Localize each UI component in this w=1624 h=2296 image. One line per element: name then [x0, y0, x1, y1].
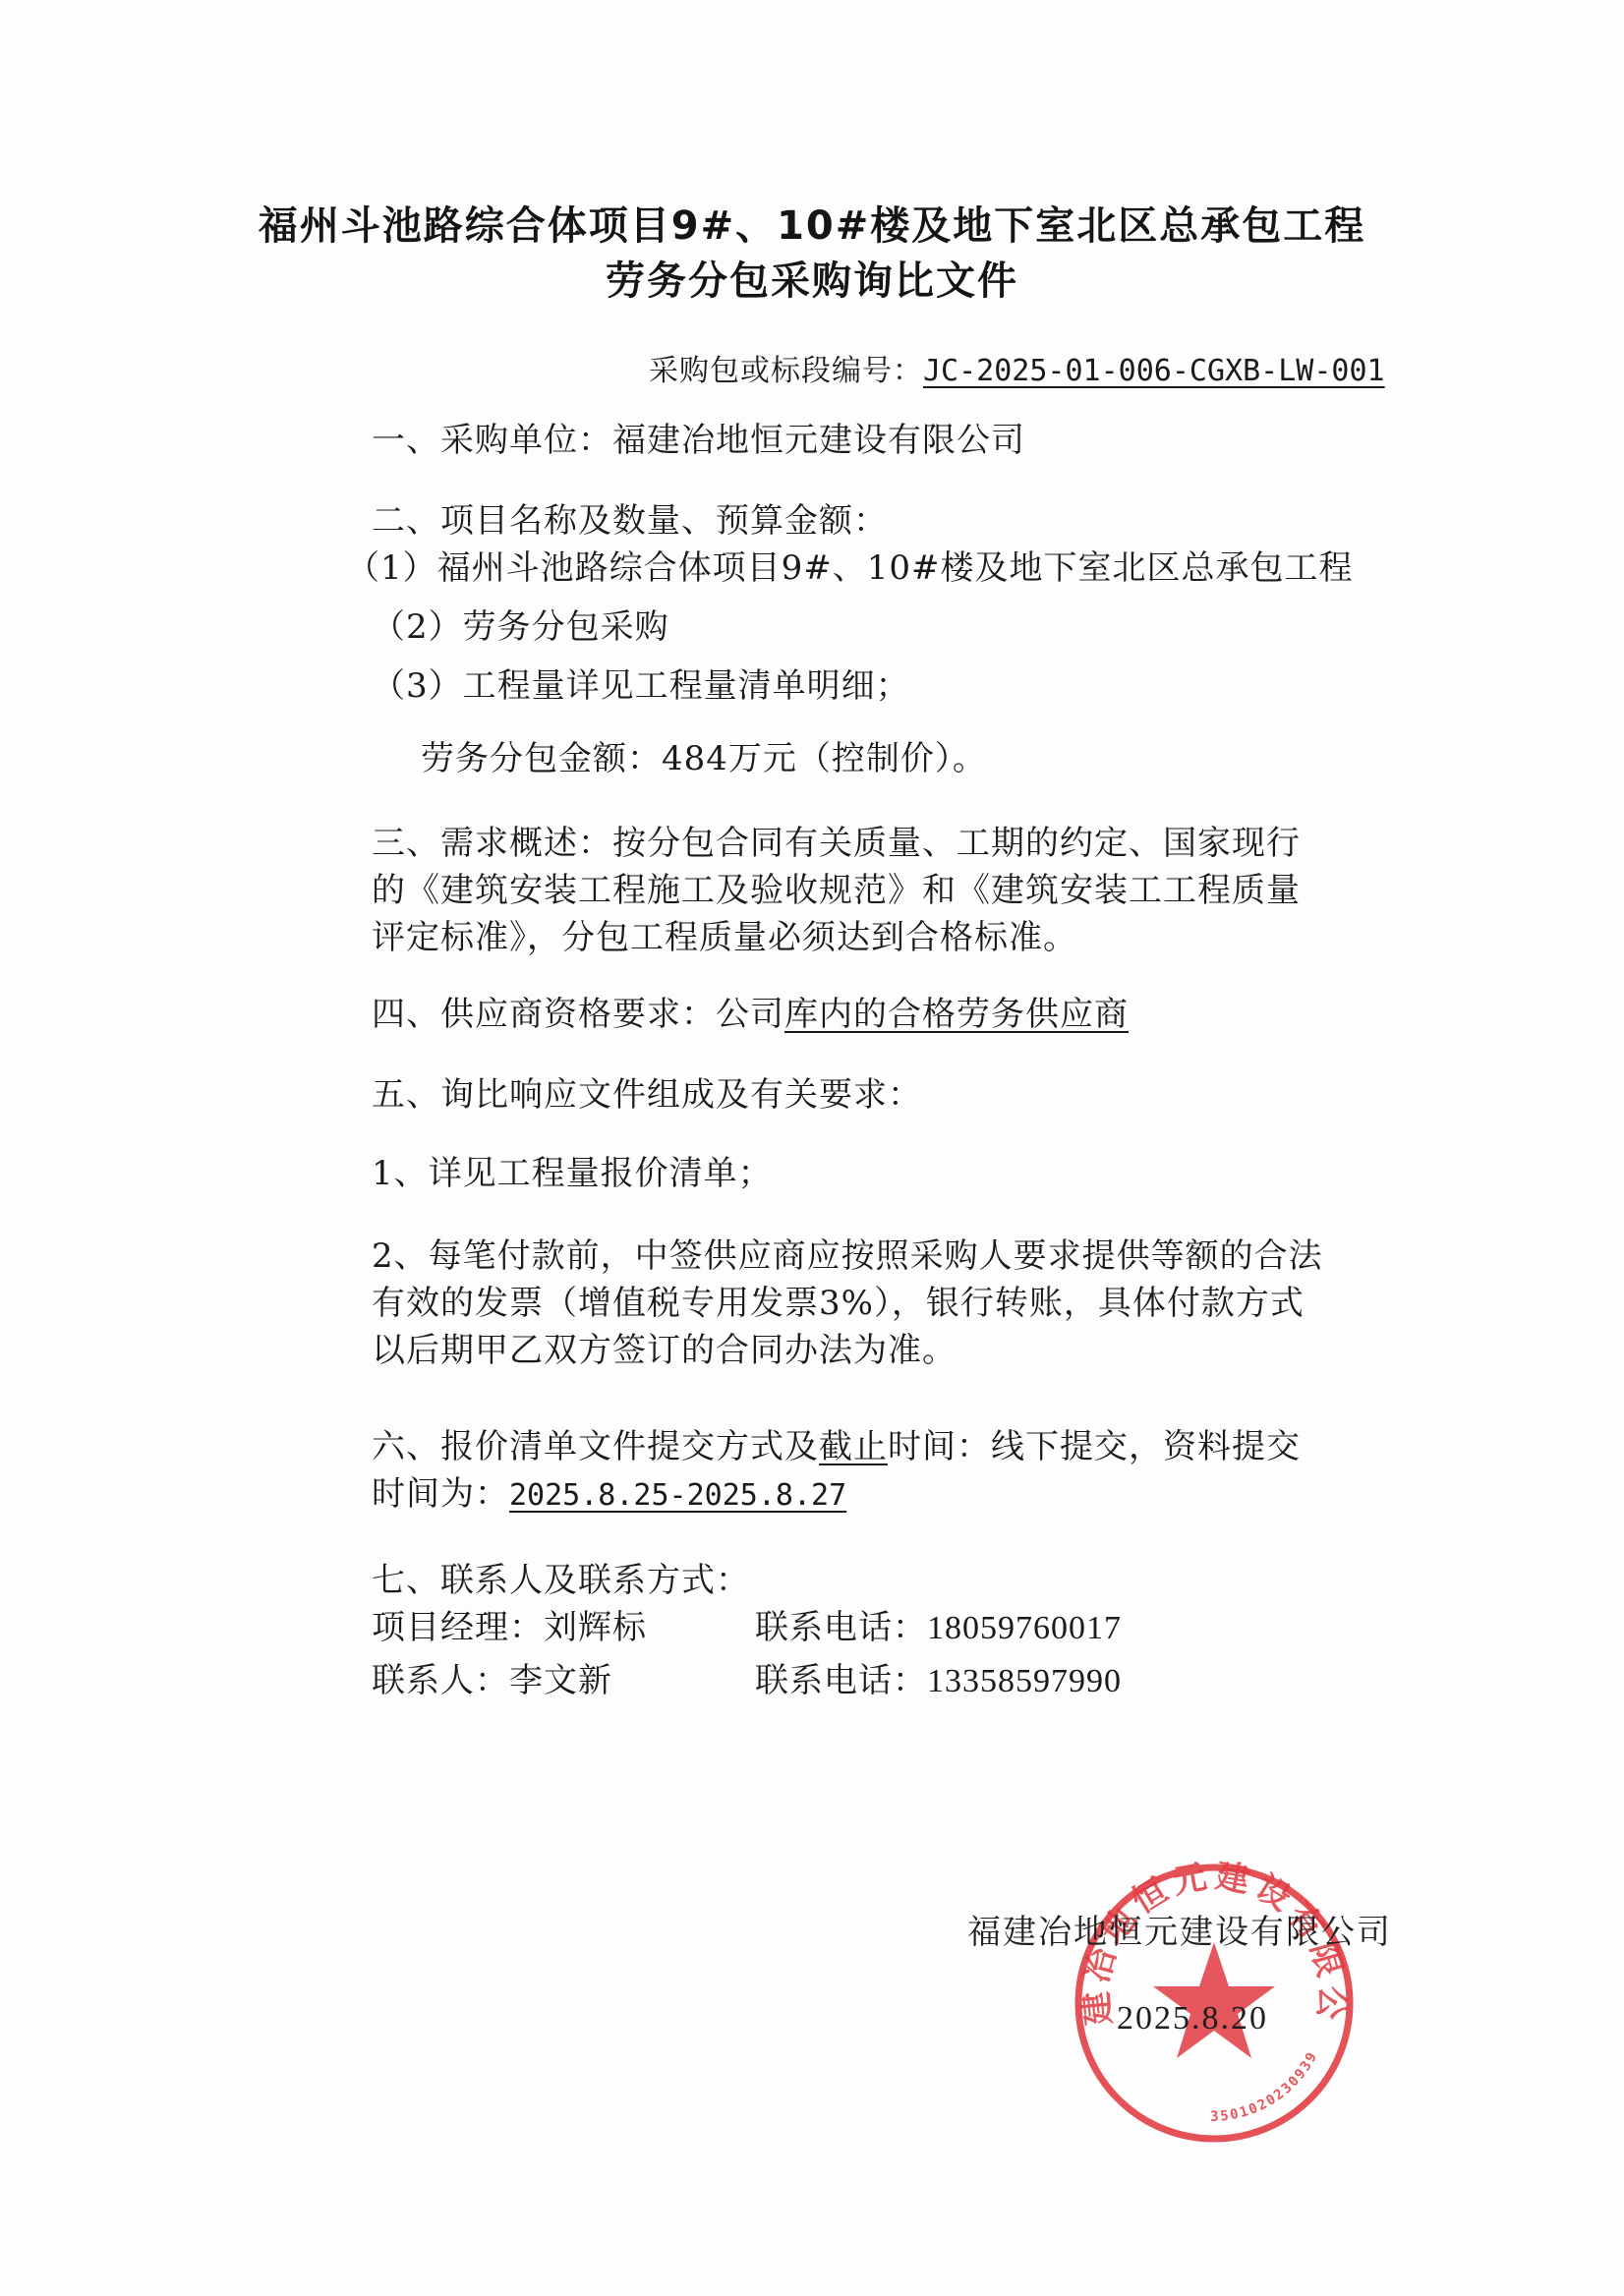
section-2-item-3: （3）工程量详见工程量清单明细；	[372, 666, 910, 706]
contact-row-2: 联系人：李文新	[372, 1661, 612, 1700]
signature-company: 福建冶地恒元建设有限公司	[967, 1913, 1392, 1952]
section-6-post: 时间：线下提交，资料提交	[888, 1427, 1301, 1466]
contact-row-1-phone: 联系电话：18059760017	[755, 1608, 1122, 1648]
submission-time-range: 2025.8.25-2025.8.27	[509, 1478, 846, 1513]
section-5-item-1: 1、详见工程量报价清单；	[372, 1154, 773, 1193]
section-7-heading: 七、联系人及联系方式：	[372, 1561, 750, 1600]
svg-text:3501020230939: 3501020230939	[1210, 2048, 1321, 2125]
section-6-pre: 六、报价清单文件提交方式及	[372, 1427, 819, 1466]
section-5-heading: 五、询比响应文件组成及有关要求：	[372, 1075, 922, 1115]
package-number-label: 采购包或标段编号：	[649, 354, 923, 388]
section-3-line-1: 三、需求概述：按分包合同有关质量、工期的约定、国家现行	[372, 824, 1301, 863]
signature-date: 2025.8.20	[1117, 1999, 1268, 2038]
contact-1-role: 项目经理：刘辉标	[372, 1608, 647, 1647]
section-2-item-2: （2）劳务分包采购	[372, 607, 669, 647]
contact-1-phone-label: 联系电话：	[755, 1608, 927, 1647]
contact-2-phone-label: 联系电话：	[755, 1661, 927, 1700]
section-5-item-2-line-1: 2、每笔付款前，中签供应商应按照采购人要求提供等额的合法	[372, 1236, 1323, 1276]
section-4-qualification: 四、供应商资格要求：公司库内的合格劳务供应商	[372, 995, 1129, 1034]
section-6-deadline-word: 截止	[819, 1427, 888, 1466]
contact-row-2-phone: 联系电话：13358597990	[755, 1661, 1122, 1701]
section-1-purchaser: 一、采购单位：福建冶地恒元建设有限公司	[372, 421, 1025, 460]
document-title-line-1: 福州斗池路综合体项目9#、10#楼及地下室北区总承包工程	[0, 202, 1624, 250]
section-1-label: 一、采购单位：	[372, 421, 612, 460]
section-6-line-1: 六、报价清单文件提交方式及截止时间：线下提交，资料提交	[372, 1427, 1301, 1466]
package-number-value: JC-2025-01-006-CGXB-LW-001	[923, 354, 1385, 388]
section-5-item-2-line-3: 以后期甲乙双方签订的合同办法为准。	[372, 1331, 957, 1370]
document-title-line-2: 劳务分包采购询比文件	[0, 258, 1624, 305]
contact-2-role: 联系人：李文新	[372, 1661, 612, 1700]
submission-time-label: 时间为：	[372, 1474, 509, 1514]
contact-2-phone: 13358597990	[927, 1663, 1122, 1699]
purchaser-name: 福建冶地恒元建设有限公司	[612, 421, 1025, 460]
section-2-heading: 二、项目名称及数量、预算金额：	[372, 501, 888, 541]
section-5-item-2-line-2: 有效的发票（增值税专用发票3%），银行转账，具体付款方式	[372, 1284, 1305, 1323]
section-2-item-1: （1）福州斗池路综合体项目9#、10#楼及地下室北区总承包工程	[346, 548, 1354, 588]
qualification-requirement: 库内的合格劳务供应商	[784, 995, 1129, 1034]
document-page: 福州斗池路综合体项目9#、10#楼及地下室北区总承包工程 劳务分包采购询比文件 …	[0, 0, 1624, 2296]
section-4-label: 四、供应商资格要求：公司	[372, 995, 784, 1034]
package-number: 采购包或标段编号：JC-2025-01-006-CGXB-LW-001	[649, 352, 1385, 391]
section-2-amount: 劳务分包金额：484万元（控制价）。	[421, 739, 987, 778]
section-3-line-3: 评定标准》，分包工程质量必须达到合格标准。	[372, 918, 1077, 957]
contact-1-phone: 18059760017	[927, 1610, 1122, 1646]
section-3-line-2: 的《建筑安装工程施工及验收规范》和《建筑安装工工程质量	[372, 871, 1301, 910]
contact-row-1: 项目经理：刘辉标	[372, 1608, 647, 1647]
section-6-line-2: 时间为：2025.8.25-2025.8.27	[372, 1474, 846, 1516]
